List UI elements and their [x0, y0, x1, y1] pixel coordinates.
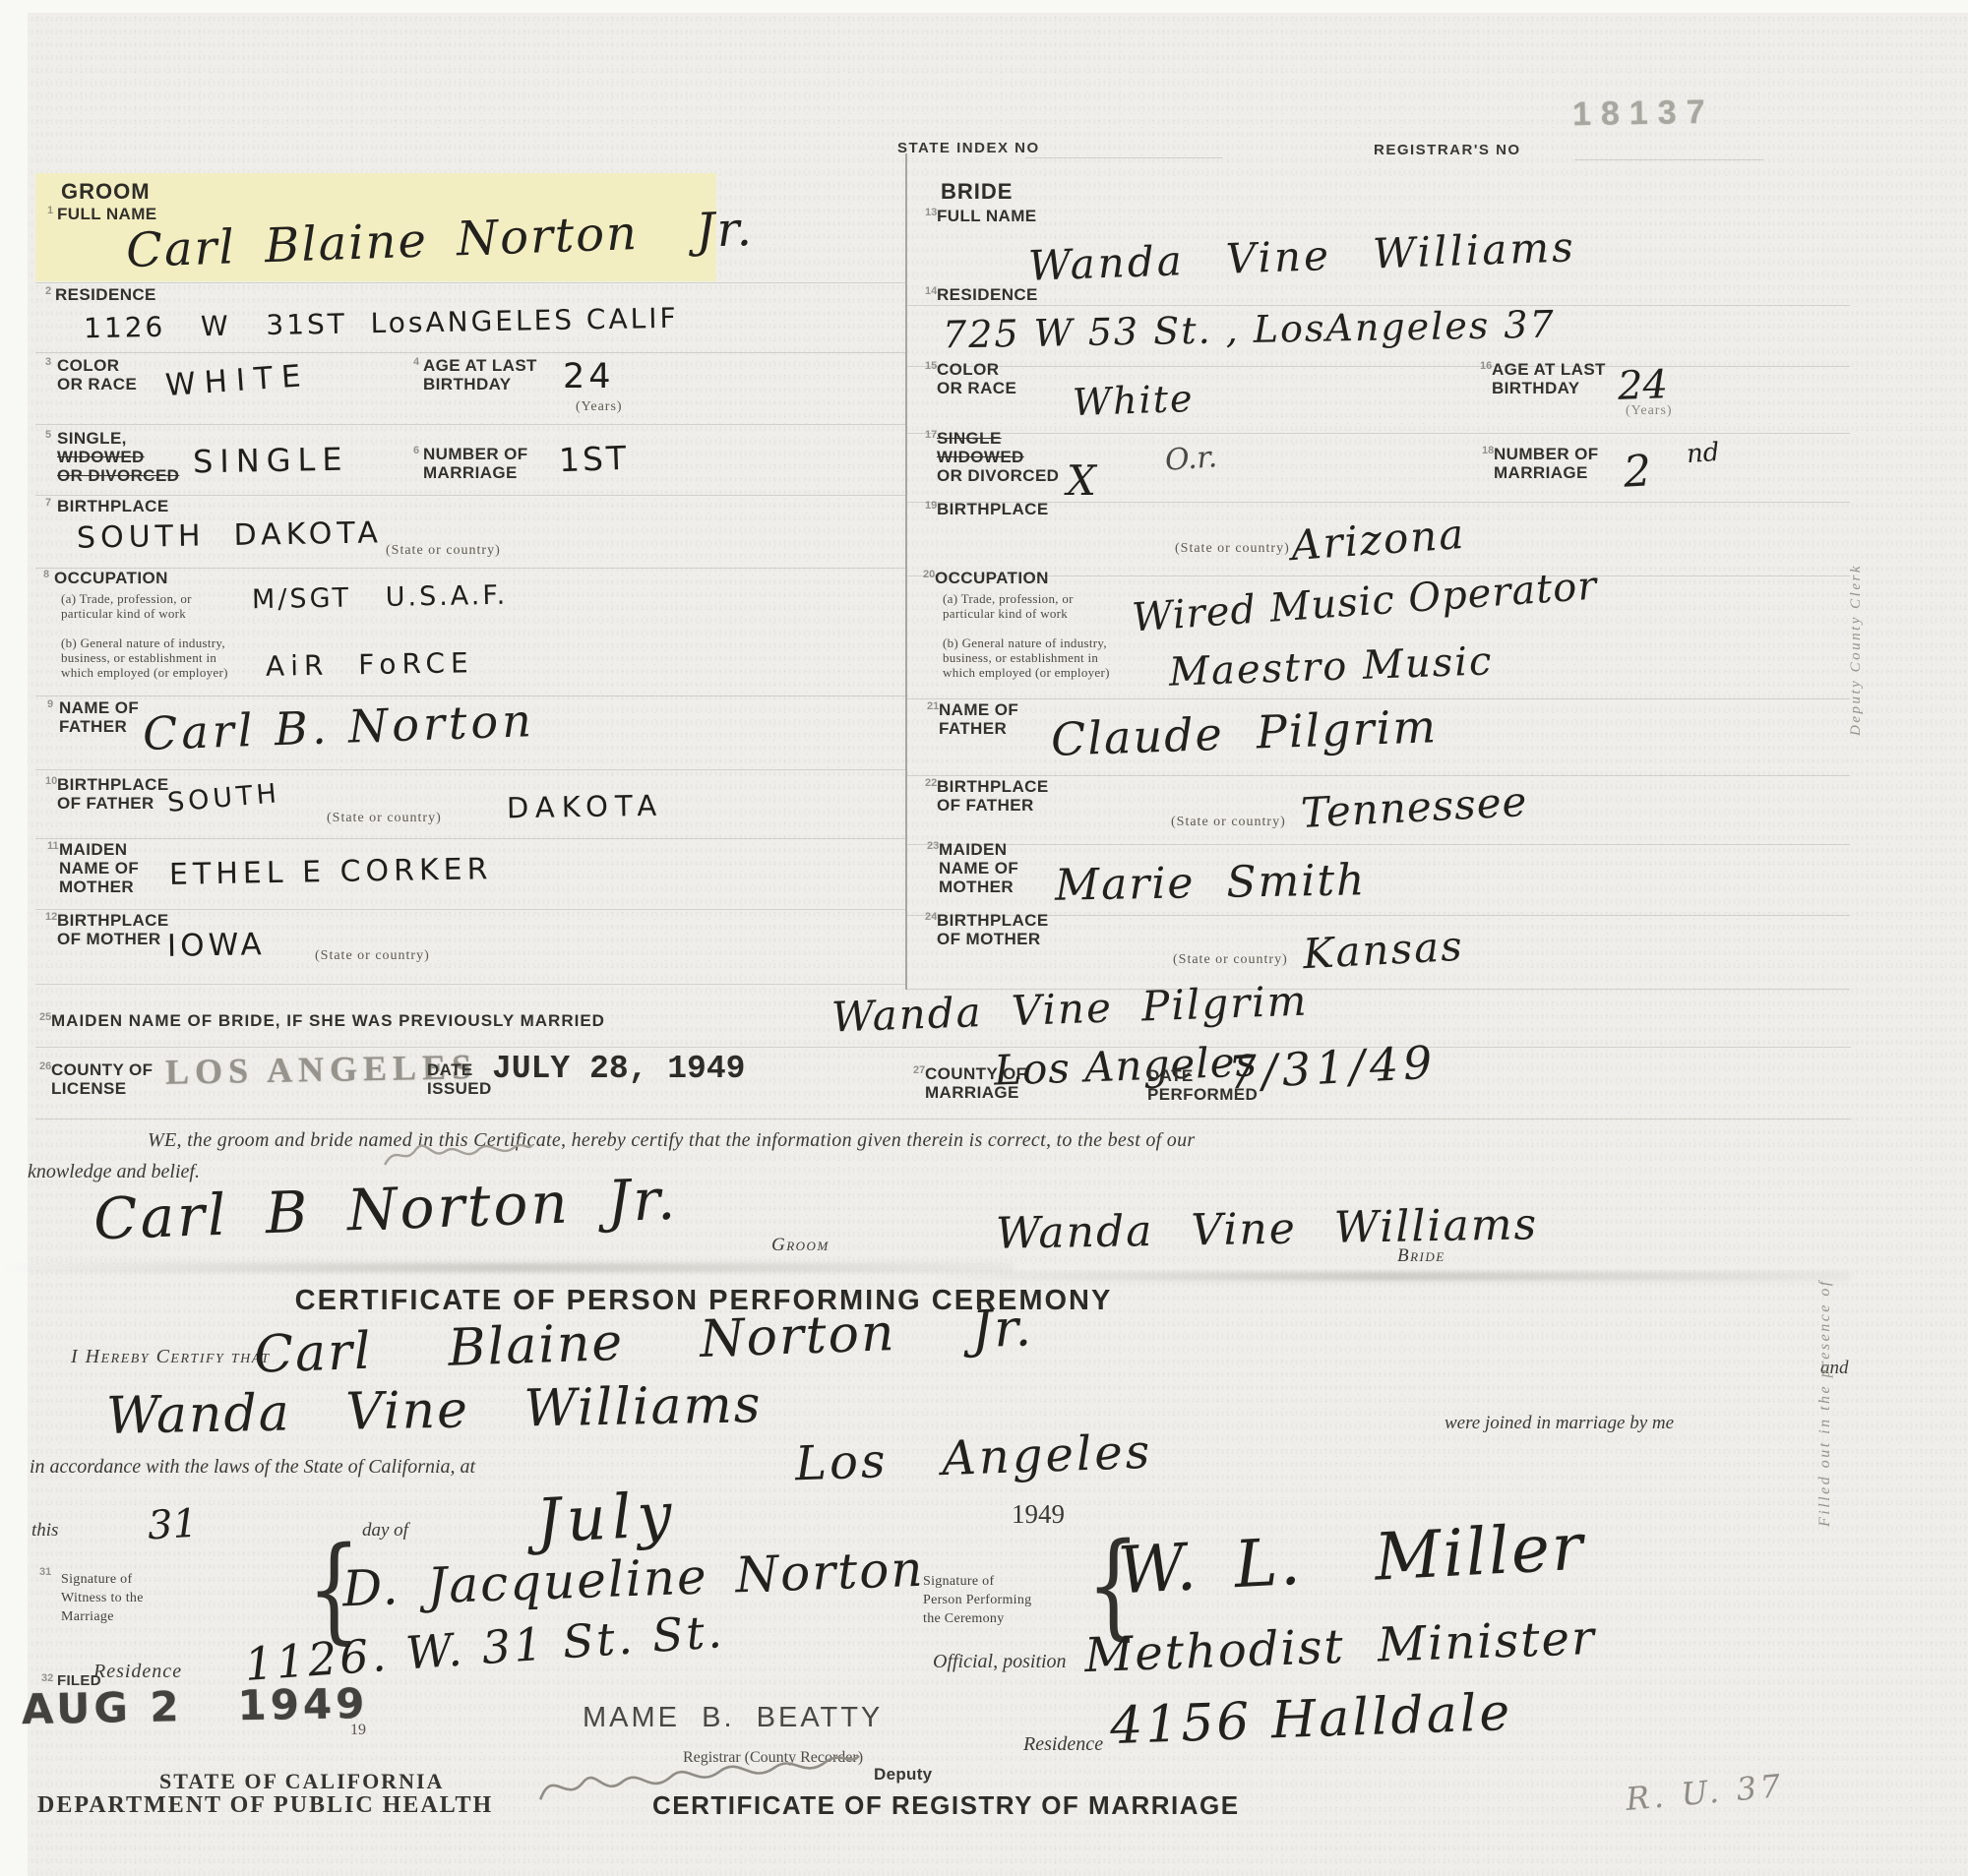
label-line: NAME OF [59, 859, 139, 877]
label-line: BIRTHPLACE [57, 911, 169, 930]
bride-age-label: AGE AT LAST BIRTHDAY [1492, 360, 1606, 397]
bride-color-label: COLOR OR RACE [937, 360, 1016, 397]
pencil-code: R. U. 37 [1625, 1770, 1786, 1815]
bride-father-birthplace-hint: (State or country) [1171, 815, 1286, 830]
groom-age-label: AGE AT LAST BIRTHDAY [423, 356, 537, 393]
groom-marriage-number-value: 1ST [558, 442, 629, 476]
label-line-struck: WIDOWED [57, 448, 179, 466]
item-number: 25 [39, 1011, 51, 1023]
bride-status-label: SINGLE WIDOWED OR DIVORCED [937, 429, 1059, 485]
groom-father-birthplace-value-2: DAKOTA [507, 792, 664, 823]
date-performed-value: 7/31/49 [1227, 1039, 1438, 1095]
item-number: 22 [925, 777, 937, 789]
groom-father-birthplace-hint: (State or country) [327, 811, 442, 826]
caption-line: Witness to the [61, 1589, 144, 1607]
label-line: BIRTHPLACE [57, 775, 169, 794]
label-line: AGE AT LAST [423, 356, 537, 375]
label-line: MAIDEN [59, 840, 139, 859]
witness-signature-caption: Signature of Witness to the Marriage [61, 1570, 144, 1626]
caption-line: Signature of [923, 1572, 1031, 1591]
label-line: MAIDEN [939, 840, 1018, 859]
label-line: BIRTHDAY [423, 375, 537, 393]
column-divider [905, 153, 907, 990]
item-number: 20 [923, 569, 935, 580]
department-of-public-health-label: DEPARTMENT OF PUBLIC HEALTH [37, 1792, 493, 1819]
registrar-number-stamp: 18137 [1572, 93, 1715, 135]
bride-status-script: O.r. [1164, 443, 1218, 476]
groom-color-value: WHITE [164, 361, 310, 401]
label-line: OF FATHER [937, 796, 1049, 815]
bride-occupation-a-value: Wired Music Operator [1131, 567, 1598, 638]
groom-occupation-a-value: M/SGT U.S.A.F. [252, 582, 509, 614]
label-line: MOTHER [59, 877, 139, 896]
scan-edge-top [0, 0, 1968, 13]
rule [907, 502, 1850, 503]
label-line: FATHER [59, 717, 139, 736]
groom-father-birthplace-label: BIRTHPLACE OF FATHER [57, 775, 169, 813]
item-number: 9 [47, 698, 53, 710]
date-issued-value: JULY 28, 1949 [492, 1051, 745, 1087]
smudge [935, 1272, 1850, 1281]
item-number: 10 [45, 775, 57, 787]
groom-residence-label: RESIDENCE [55, 285, 156, 304]
groom-birthplace-hint: (State or country) [386, 543, 501, 559]
caption-line: Person Performing [923, 1591, 1031, 1609]
witness-signature: D. Jacqueline Norton [341, 1544, 925, 1614]
rule [35, 282, 905, 283]
performer-residence-value: 4156 Halldale [1109, 1687, 1513, 1752]
rule [35, 1047, 1851, 1048]
groom-residence-value: 1126 W 31ST LosANGELES CALIF [84, 305, 679, 343]
registrar-name: MAME B. BEATTY [583, 1702, 883, 1734]
item-number: 16 [1480, 360, 1492, 372]
this-label: this [31, 1520, 58, 1542]
bride-father-label: NAME OF FATHER [939, 700, 1018, 738]
bride-mother-birthplace-value: Kansas [1302, 926, 1465, 976]
caption-line: the Ceremony [923, 1609, 1031, 1628]
bride-marriage-number-suffix: nd [1686, 440, 1720, 467]
label-line: MARRIAGE [423, 463, 528, 482]
item-number: 15 [925, 360, 937, 372]
caption-line: particular kind of work [61, 606, 192, 621]
bride-birthplace-hint: (State or country) [1175, 541, 1290, 557]
item-number: 2 [45, 285, 51, 297]
groom-full-name-label: FULL NAME [57, 205, 157, 223]
label-line: MARRIAGE [1494, 463, 1599, 482]
label-line-struck: WIDOWED [937, 448, 1059, 466]
caption-line: which employed (or employer) [943, 665, 1110, 680]
deputy-label: Deputy [874, 1766, 932, 1783]
groom-status-label: SINGLE, WIDOWED OR DIVORCED [57, 429, 179, 485]
ceremony-place-value: Los Angeles [794, 1428, 1153, 1488]
county-of-license-label: COUNTY OF LICENSE [51, 1060, 153, 1098]
groom-birthplace-label: BIRTHPLACE [57, 497, 169, 515]
groom-mother-birthplace-value: IOWA [167, 930, 266, 962]
rule [907, 698, 1850, 699]
groom-father-birthplace-value-1: SOUTH [166, 780, 281, 817]
bride-status-x-mark: X [1067, 460, 1096, 502]
scan-edge-left [0, 0, 28, 1876]
performer-signature-caption: Signature of Person Performing the Cerem… [923, 1572, 1031, 1628]
state-index-label: STATE INDEX NO [897, 140, 1040, 156]
bride-marriage-number-label: NUMBER OF MARRIAGE [1494, 445, 1599, 482]
official-position-value: Methodist Minister [1083, 1614, 1596, 1679]
certification-text-line-1: WE, the groom and bride named in this Ce… [148, 1129, 1196, 1152]
bride-mother-value: Marie Smith [1055, 859, 1367, 908]
label-line: COLOR [937, 360, 1016, 379]
groom-father-label: NAME OF FATHER [59, 698, 139, 736]
groom-status-value: SINGLE [193, 444, 349, 478]
groom-father-value: Carl B. Norton [142, 697, 535, 756]
item-number: 26 [39, 1060, 51, 1072]
rule [907, 844, 1850, 845]
label-line: AGE AT LAST [1492, 360, 1606, 379]
caption-line: business, or establishment in [61, 650, 228, 665]
caption-line: which employed (or employer) [61, 665, 228, 680]
groom-section-label: GROOM [61, 179, 151, 205]
item-number: 14 [925, 285, 937, 297]
margin-note-filled-out: Filled out in the presence of [1816, 1232, 1834, 1527]
label-line: NAME OF [939, 859, 1018, 877]
groom-marriage-number-label: NUMBER OF MARRIAGE [423, 445, 528, 482]
maiden-name-label: MAIDEN NAME OF BRIDE, IF SHE WAS PREVIOU… [51, 1011, 605, 1030]
hereby-certify-label: I Hereby Certify that [71, 1346, 271, 1368]
groom-occupation-label: OCCUPATION [54, 569, 168, 587]
label-line: OR DIVORCED [937, 466, 1059, 485]
day-value: 31 [147, 1504, 199, 1546]
bride-signature: Wanda Vine Williams [996, 1203, 1539, 1256]
maiden-name-value: Wanda Vine Pilgrim [830, 981, 1309, 1039]
item-number: 5 [45, 429, 51, 441]
label-line: BIRTHDAY [1492, 379, 1606, 397]
item-number: 21 [927, 700, 939, 712]
bride-age-value: 24 [1617, 365, 1668, 406]
label-line: COUNTY OF [51, 1060, 153, 1079]
item-number: 12 [45, 911, 57, 923]
groom-color-label: COLOR OR RACE [57, 356, 137, 393]
label-line: NUMBER OF [423, 445, 528, 463]
caption-line: (a) Trade, profession, or [943, 591, 1074, 606]
groom-mother-value: ETHEL E CORKER [169, 855, 493, 890]
label-line: NAME OF [939, 700, 1018, 719]
groom-age-value: 24 [563, 360, 615, 394]
rule [907, 366, 1850, 367]
caption-line: business, or establishment in [943, 650, 1110, 665]
state-of-california-label: STATE OF CALIFORNIA [159, 1769, 444, 1794]
bride-mother-label: MAIDEN NAME OF MOTHER [939, 840, 1018, 896]
item-number: 13 [925, 207, 937, 218]
bride-father-value: Claude Pilgrim [1050, 703, 1438, 762]
item-number: 4 [413, 356, 419, 368]
label-line: COLOR [57, 356, 137, 375]
label-line: BIRTHPLACE [937, 777, 1049, 796]
label-line: OR RACE [937, 379, 1016, 397]
label-line: NAME OF [59, 698, 139, 717]
bride-occupation-label: OCCUPATION [935, 569, 1049, 587]
item-number: 8 [43, 569, 49, 580]
pencil-annotation-scribble [379, 1131, 536, 1175]
label-line: OF MOTHER [937, 930, 1049, 948]
state-index-blank [1025, 157, 1222, 158]
bride-residence-value: 725 W 53 St. , LosAngeles 37 [943, 306, 1556, 354]
year-value: 1949 [1012, 1499, 1065, 1530]
registrars-no-label: REGISTRAR'S NO [1374, 142, 1521, 158]
bride-birthplace-value: Arizona [1290, 514, 1467, 567]
groom-mother-birthplace-hint: (State or country) [315, 948, 430, 964]
day-of-label: day of [362, 1520, 408, 1542]
bride-full-name-value: Wanda Vine Williams [1027, 226, 1576, 286]
caption-line: (b) General nature of industry, [943, 635, 1110, 650]
item-number: 24 [925, 911, 937, 923]
item-number: 6 [413, 445, 419, 456]
item-number: 18 [1482, 445, 1494, 456]
bride-mother-birthplace-label: BIRTHPLACE OF MOTHER [937, 911, 1049, 948]
printed-year-prefix: 19 [350, 1722, 366, 1739]
label-line: BIRTHPLACE [937, 911, 1049, 930]
item-number: 3 [45, 356, 51, 368]
label-line: LICENSE [51, 1079, 153, 1098]
item-number: 27 [913, 1064, 925, 1076]
caption-line: Signature of [61, 1570, 144, 1589]
laws-of-california-label: in accordance with the laws of the State… [30, 1456, 475, 1479]
smudge [0, 1263, 1014, 1272]
bride-father-birthplace-value: Tennessee [1300, 781, 1528, 834]
performer-signature: W. L. Miller [1117, 1515, 1586, 1604]
bride-full-name-label: FULL NAME [937, 207, 1037, 225]
rule [35, 352, 905, 353]
groom-occupation-b-caption: (b) General nature of industry, business… [61, 635, 228, 680]
witness-residence-label: Residence [93, 1661, 182, 1683]
label-line: FATHER [939, 719, 1018, 738]
rule [35, 495, 905, 496]
bride-mother-birthplace-hint: (State or country) [1173, 952, 1288, 968]
groom-birthplace-value: SOUTH DAKOTA [77, 518, 383, 553]
label-line: ISSUED [427, 1079, 492, 1098]
item-number: 7 [45, 497, 51, 509]
rule [35, 424, 905, 425]
performer-residence-label: Residence [1023, 1733, 1103, 1756]
bride-father-birthplace-label: BIRTHPLACE OF FATHER [937, 777, 1049, 815]
bride-occupation-b-value: Maestro Music [1168, 641, 1494, 692]
groom-occupation-b-value: AiR FoRCE [266, 649, 474, 681]
caption-line: (a) Trade, profession, or [61, 591, 192, 606]
caption-line: particular kind of work [943, 606, 1074, 621]
rule [35, 909, 905, 910]
document-title: CERTIFICATE OF REGISTRY OF MARRIAGE [652, 1790, 1240, 1821]
label-line-struck: SINGLE [937, 429, 1059, 448]
certification-text-line-2: knowledge and belief. [28, 1161, 200, 1183]
rule [35, 1119, 1851, 1120]
bride-occupation-b-caption: (b) General nature of industry, business… [943, 635, 1110, 680]
official-position-label: Official, position [933, 1651, 1067, 1673]
filed-date-stamp: AUG 2 1949 [22, 1683, 369, 1730]
bride-age-unit: (Years) [1626, 403, 1673, 419]
bride-section-label: BRIDE [941, 179, 1013, 205]
joined-in-marriage-label: were joined in marriage by me [1445, 1413, 1674, 1434]
registrars-no-blank [1574, 159, 1763, 160]
bride-signature-caption: Bride [1397, 1245, 1445, 1267]
label-line: NUMBER OF [1494, 445, 1599, 463]
rule [35, 984, 905, 985]
label-line: OF MOTHER [57, 930, 169, 948]
rule [907, 915, 1850, 916]
caption-line: (b) General nature of industry, [61, 635, 228, 650]
bride-occupation-a-caption: (a) Trade, profession, or particular kin… [943, 591, 1074, 621]
bride-residence-label: RESIDENCE [937, 285, 1038, 304]
rule [35, 769, 905, 770]
label-line-struck: OR DIVORCED [57, 466, 179, 485]
label-line: SINGLE, [57, 429, 179, 448]
bride-marriage-number-value: 2 [1623, 450, 1652, 494]
item-number: 23 [927, 840, 939, 852]
bride-color-value: White [1072, 380, 1195, 421]
date-issued-label: DATE ISSUED [427, 1060, 492, 1098]
bride-birthplace-label: BIRTHPLACE [937, 500, 1049, 518]
groom-signature-caption: Groom [771, 1235, 830, 1256]
groom-age-unit: (Years) [576, 399, 623, 415]
ceremony-bride-name: Wanda Vine Williams [106, 1379, 763, 1442]
label-line: MOTHER [939, 877, 1018, 896]
item-number: 1 [47, 205, 53, 216]
label-line: OF FATHER [57, 794, 169, 813]
item-number: 19 [925, 500, 937, 512]
groom-signature: Carl B Norton Jr. [92, 1171, 679, 1248]
rule [907, 775, 1850, 776]
item-number: 11 [47, 840, 59, 852]
rule [35, 838, 905, 839]
item-number: 17 [925, 429, 937, 441]
label-line: OR RACE [57, 375, 137, 393]
month-value: July [534, 1483, 679, 1551]
caption-line: Marriage [61, 1607, 144, 1626]
groom-occupation-a-caption: (a) Trade, profession, or particular kin… [61, 591, 192, 621]
margin-note-deputy-county-clerk: Deputy County Clerk [1848, 519, 1865, 736]
item-number: 32 [41, 1672, 53, 1684]
groom-mother-birthplace-label: BIRTHPLACE OF MOTHER [57, 911, 169, 948]
marriage-certificate-scan: 18137 STATE INDEX NO REGISTRAR'S NO GROO… [0, 0, 1968, 1876]
groom-mother-label: MAIDEN NAME OF MOTHER [59, 840, 139, 896]
label-line: DATE [427, 1060, 492, 1079]
item-number: 31 [39, 1566, 51, 1578]
